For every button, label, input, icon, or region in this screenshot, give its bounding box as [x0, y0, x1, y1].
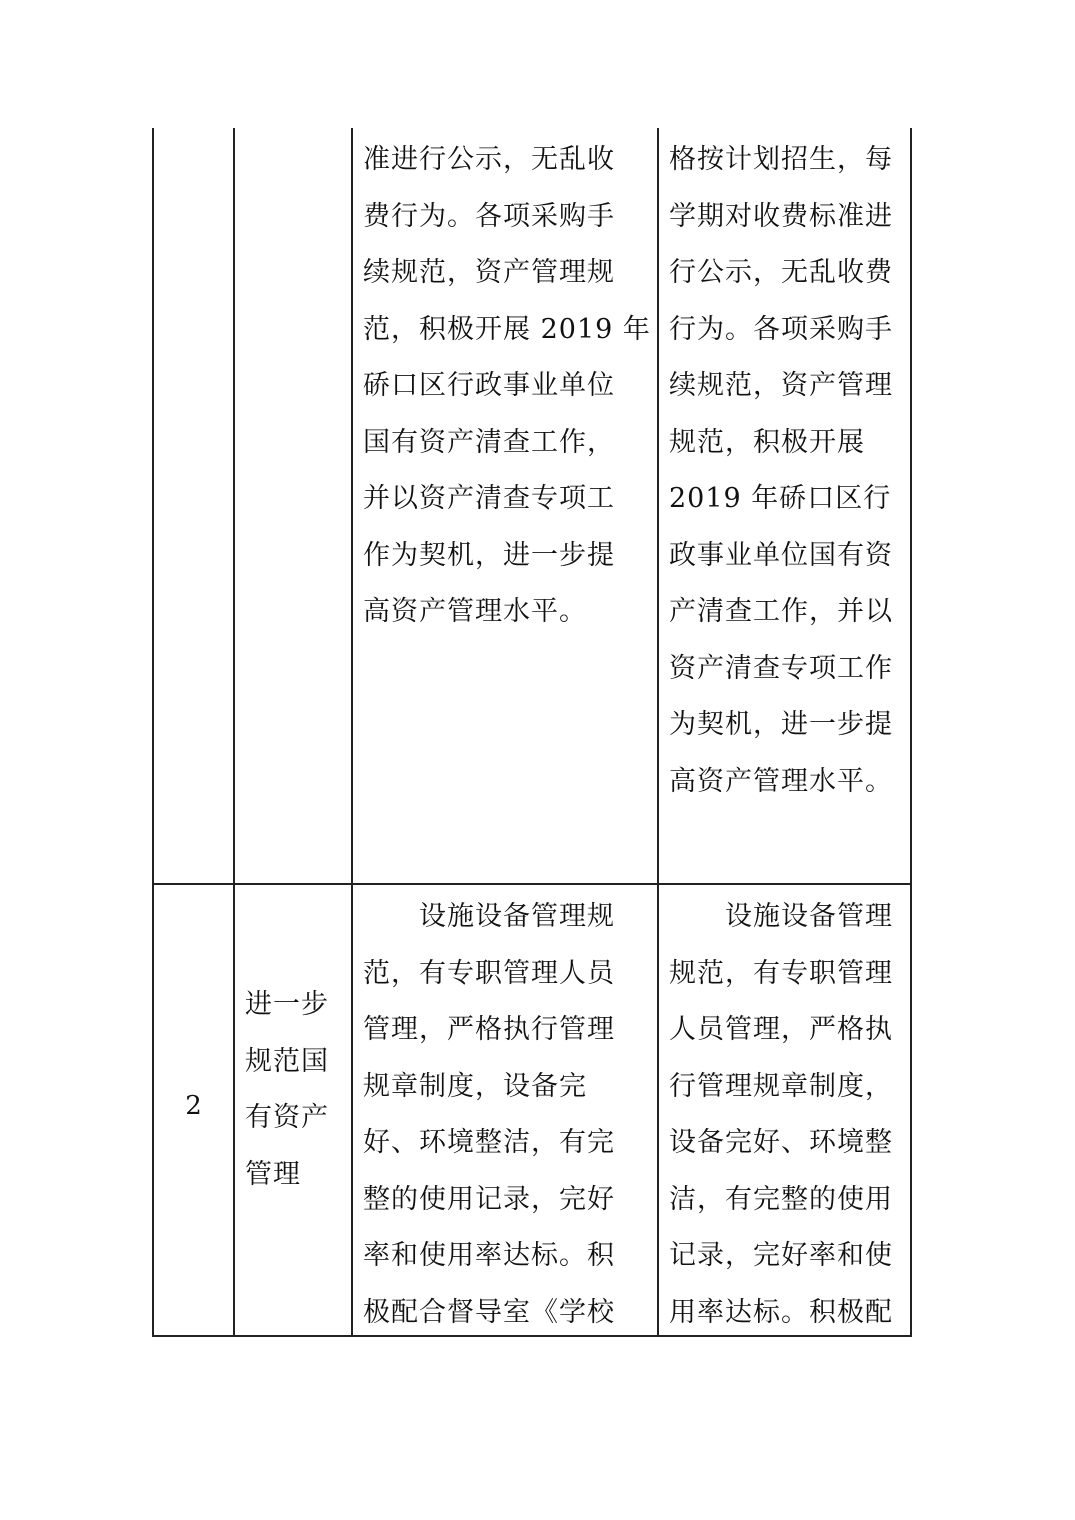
text-line: 行管理规章制度， [669, 1059, 910, 1116]
text-line: 政事业单位国有资 [669, 528, 910, 585]
index-cell [154, 128, 235, 883]
text-line: 作为契机，进一步提 [363, 528, 657, 585]
text-line: 管理 [245, 1147, 329, 1204]
evaluation-table: 准进行公示，无乱收 费行为。各项采购手 续规范，资产管理规 范，积极开展 201… [152, 128, 912, 1337]
text-line: 费行为。各项采购手 [363, 189, 657, 246]
text-line: 整的使用记录，完好 [363, 1172, 657, 1229]
text-line: 国有资产清查工作， [363, 415, 657, 472]
text-line: 范，有专职管理人员 [363, 946, 657, 1003]
table-row: 准进行公示，无乱收 费行为。各项采购手 续规范，资产管理规 范，积极开展 201… [152, 128, 912, 883]
text-line: 管理，严格执行管理 [363, 1002, 657, 1059]
text-line: 好、环境整洁，有完 [363, 1115, 657, 1172]
item-text: 进一步 规范国 有资产 管理 [245, 977, 329, 1203]
text-line: 格按计划招生，每 [669, 132, 910, 189]
item-cell [235, 128, 353, 883]
standard-cell: 准进行公示，无乱收 费行为。各项采购手 续规范，资产管理规 范，积极开展 201… [353, 128, 659, 883]
text-line: 设施设备管理规 [363, 889, 657, 946]
text-line: 续规范，资产管理 [669, 358, 910, 415]
text-line: 进一步 [245, 977, 329, 1034]
text-line: 率和使用率达标。积 [363, 1228, 657, 1285]
text-line: 洁，有完整的使用 [669, 1172, 910, 1229]
text-line: 规范国 [245, 1034, 329, 1091]
text-line: 行公示，无乱收费 [669, 245, 910, 302]
completion-cell: 设施设备管理 规范，有专职管理 人员管理，严格执 行管理规章制度， 设备完好、环… [659, 885, 910, 1335]
text-line: 规范，积极开展 [669, 415, 910, 472]
text-line: 硚口区行政事业单位 [363, 358, 657, 415]
text-line: 高资产管理水平。 [669, 754, 910, 811]
item-cell: 进一步 规范国 有资产 管理 [235, 885, 353, 1335]
text-line: 为契机，进一步提 [669, 697, 910, 754]
text-line: 产清查工作，并以 [669, 584, 910, 641]
standard-cell: 设施设备管理规 范，有专职管理人员 管理，严格执行管理 规章制度，设备完 好、环… [353, 885, 659, 1335]
completion-cell: 格按计划招生，每 学期对收费标准进 行公示，无乱收费 行为。各项采购手 续规范，… [659, 128, 910, 883]
text-line: 高资产管理水平。 [363, 584, 657, 641]
text-line: 资产清查专项工作 [669, 641, 910, 698]
text-line: 极配合督导室《学校 [363, 1285, 657, 1342]
standard-text: 准进行公示，无乱收 费行为。各项采购手 续规范，资产管理规 范，积极开展 201… [353, 128, 657, 641]
text-line: 规章制度，设备完 [363, 1059, 657, 1116]
text-line: 续规范，资产管理规 [363, 245, 657, 302]
text-line: 准进行公示，无乱收 [363, 132, 657, 189]
text-line: 范，积极开展 2019 年 [363, 302, 657, 359]
text-line: 有资产 [245, 1090, 329, 1147]
text-line: 记录，完好率和使 [669, 1228, 910, 1285]
text-line: 人员管理，严格执 [669, 1002, 910, 1059]
completion-text: 设施设备管理 规范，有专职管理 人员管理，严格执 行管理规章制度， 设备完好、环… [659, 885, 910, 1341]
text-line: 设备完好、环境整 [669, 1115, 910, 1172]
index-cell: 2 [154, 885, 235, 1335]
text-line: 行为。各项采购手 [669, 302, 910, 359]
text-line: 设施设备管理 [669, 889, 910, 946]
text-line: 2019 年硚口区行 [669, 471, 910, 528]
text-line: 并以资产清查专项工 [363, 471, 657, 528]
row-number: 2 [154, 1091, 233, 1121]
standard-text: 设施设备管理规 范，有专职管理人员 管理，严格执行管理 规章制度，设备完 好、环… [353, 885, 657, 1341]
table-row: 2 进一步 规范国 有资产 管理 设施设备管理规 范，有专职管理人员 管理，严格… [152, 883, 912, 1337]
text-line: 学期对收费标准进 [669, 189, 910, 246]
text-line: 规范，有专职管理 [669, 946, 910, 1003]
completion-text: 格按计划招生，每 学期对收费标准进 行公示，无乱收费 行为。各项采购手 续规范，… [659, 128, 910, 810]
text-line: 用率达标。积极配 [669, 1285, 910, 1342]
